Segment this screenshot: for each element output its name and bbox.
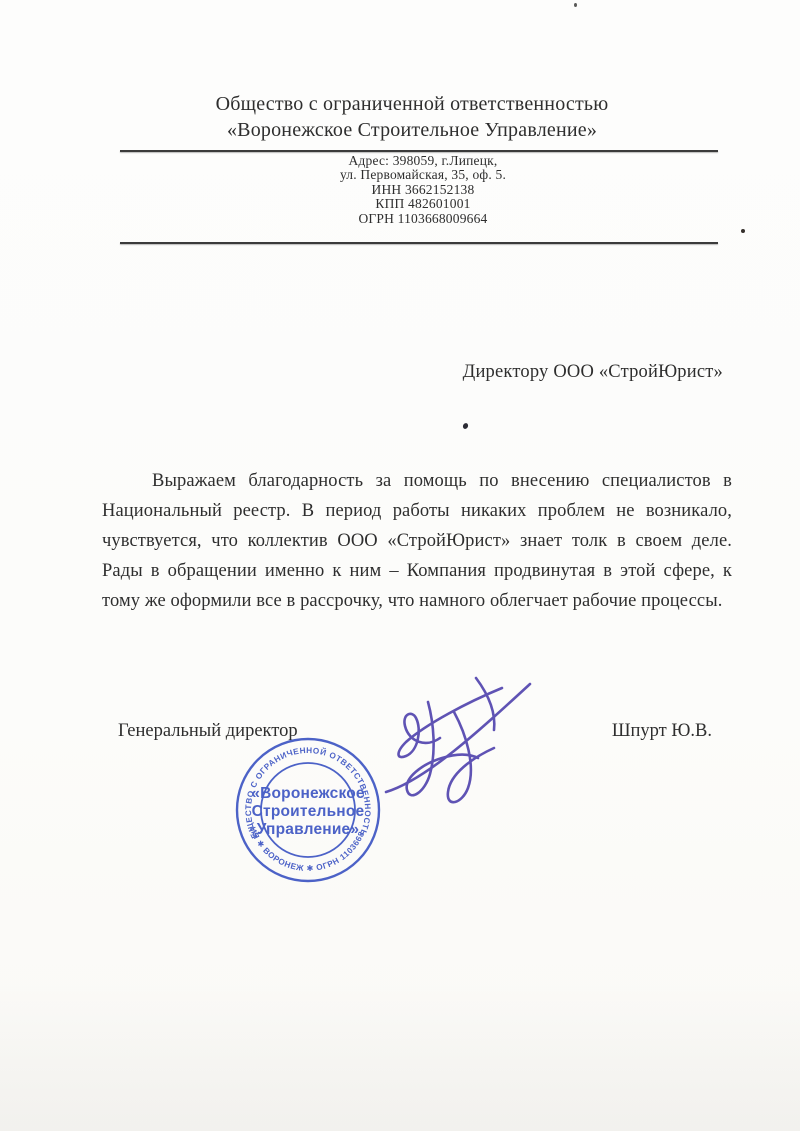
kpp-line: КПП 482601001 xyxy=(23,197,800,211)
signature-stroke xyxy=(386,684,530,792)
body-line: Выражаем благодарность за помощь по внес… xyxy=(102,466,732,496)
ogrn-line: ОГРН 1103668009664 xyxy=(23,212,800,226)
header-rule-bottom xyxy=(120,242,718,244)
inn-line: ИНН 3662152138 xyxy=(23,183,800,197)
letter-page: Общество с ограниченной ответственностью… xyxy=(0,0,800,1131)
ink-dot xyxy=(462,422,469,430)
letter-body: Выражаем благодарность за помощь по внес… xyxy=(102,466,732,616)
signature-stroke xyxy=(476,678,494,730)
addressee-line: Директору ООО «СтройЮрист» xyxy=(463,362,723,383)
body-line: Рады в обращении именно к ним – Компания… xyxy=(102,556,732,586)
org-type-line: Общество с ограниченной ответственностью xyxy=(12,91,800,117)
address-line: Адрес: 398059, г.Липецк, xyxy=(23,154,800,168)
body-line: чувствуется, что коллектив ООО «СтройЮри… xyxy=(102,526,732,556)
signature-stroke xyxy=(448,712,494,802)
handwritten-signature xyxy=(330,668,540,813)
header-rule-top xyxy=(120,150,718,152)
address-line: ул. Первомайская, 35, оф. 5. xyxy=(23,168,800,182)
scan-speck xyxy=(741,229,745,233)
body-line: Национальный реестр. В период работы ник… xyxy=(102,496,732,526)
body-line: тому же оформили все в рассрочку, что на… xyxy=(102,586,732,616)
letterhead-address: Адрес: 398059, г.Липецк, ул. Первомайска… xyxy=(23,154,800,226)
scan-speck xyxy=(574,3,577,7)
signer-name: Шпурт Ю.В. xyxy=(612,721,712,742)
letterhead-title: Общество с ограниченной ответственностью… xyxy=(12,91,800,143)
stamp-center-line: Управление» xyxy=(257,821,359,838)
org-name-line: «Воронежское Строительное Управление» xyxy=(12,117,800,143)
